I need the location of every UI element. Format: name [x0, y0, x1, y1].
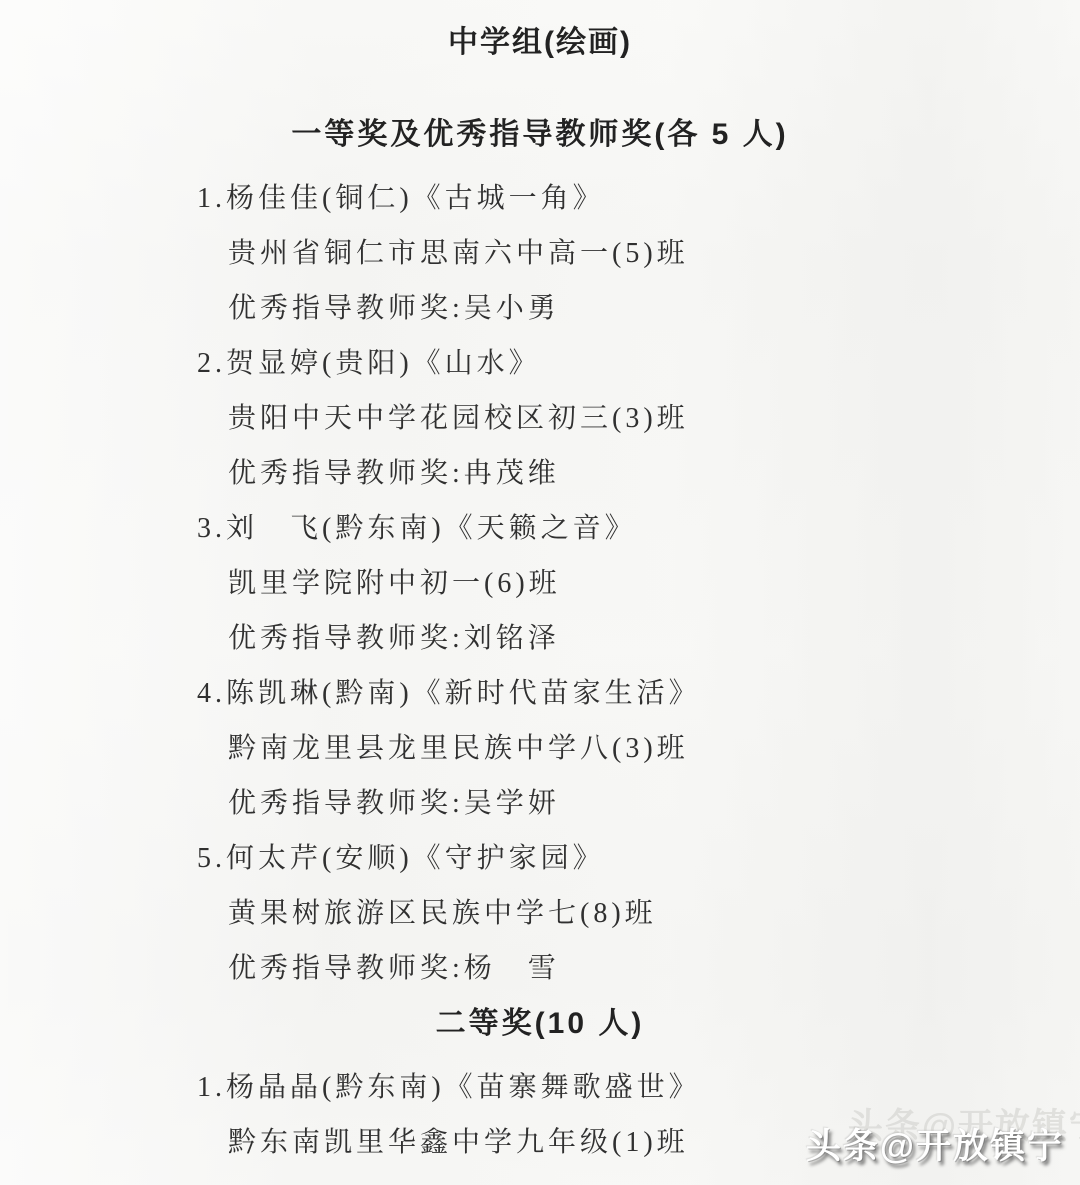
document-page: 中学组(绘画) 一等奖及优秀指导教师奖(各 5 人)1.杨佳佳(铜仁)《古城一角… [0, 0, 1080, 1185]
award-entry: 2.贺显婷(贵阳)《山水》贵阳中天中学花园校区初三(3)班优秀指导教师奖:冉茂维 [0, 336, 1080, 501]
school-line: 凯里学院附中初一(6)班 [228, 556, 1080, 611]
award-entry: 3.刘 飞(黔东南)《天籁之音》凯里学院附中初一(6)班优秀指导教师奖:刘铭泽 [0, 501, 1080, 666]
award-entry: 1.杨佳佳(铜仁)《古城一角》贵州省铜仁市思南六中高一(5)班优秀指导教师奖:吴… [0, 171, 1080, 336]
teacher-line: 优秀指导教师奖:杨 雪 [228, 941, 1080, 996]
winner-line: 4.陈凯琳(黔南)《新时代苗家生活》 [197, 666, 1080, 721]
award-section: 一等奖及优秀指导教师奖(各 5 人)1.杨佳佳(铜仁)《古城一角》贵州省铜仁市思… [0, 113, 1080, 996]
section-heading: 一等奖及优秀指导教师奖(各 5 人) [0, 113, 1080, 157]
school-line: 黄果树旅游区民族中学七(8)班 [228, 886, 1080, 941]
teacher-line: 优秀指导教师奖:吴小勇 [228, 281, 1080, 336]
school-line: 贵州省铜仁市思南六中高一(5)班 [228, 226, 1080, 281]
winner-line: 5.何太芹(安顺)《守护家园》 [197, 831, 1080, 886]
winner-line: 3.刘 飞(黔东南)《天籁之音》 [197, 501, 1080, 556]
teacher-line: 优秀指导教师奖:吴学妍 [228, 776, 1080, 831]
watermark-text: 头条@开放镇宁 [806, 1127, 1064, 1166]
award-entry: 5.何太芹(安顺)《守护家园》黄果树旅游区民族中学七(8)班优秀指导教师奖:杨 … [0, 831, 1080, 996]
winner-line: 2.贺显婷(贵阳)《山水》 [197, 336, 1080, 391]
school-line: 黔南龙里县龙里民族中学八(3)班 [228, 721, 1080, 776]
section-heading: 二等奖(10 人) [0, 1002, 1080, 1046]
watermark: 头条@开放镇宁 头条@开放镇宁 [806, 1119, 1064, 1169]
teacher-line: 优秀指导教师奖:刘铭泽 [228, 611, 1080, 666]
entry-list: 1.杨佳佳(铜仁)《古城一角》贵州省铜仁市思南六中高一(5)班优秀指导教师奖:吴… [0, 171, 1080, 996]
award-entry: 4.陈凯琳(黔南)《新时代苗家生活》黔南龙里县龙里民族中学八(3)班优秀指导教师… [0, 666, 1080, 831]
teacher-line: 优秀指导教师奖:冉茂维 [228, 446, 1080, 501]
winner-line: 1.杨佳佳(铜仁)《古城一角》 [197, 171, 1080, 226]
award-sections: 一等奖及优秀指导教师奖(各 5 人)1.杨佳佳(铜仁)《古城一角》贵州省铜仁市思… [0, 113, 1080, 1170]
school-line: 贵阳中天中学花园校区初三(3)班 [228, 391, 1080, 446]
document-title: 中学组(绘画) [0, 0, 1080, 65]
